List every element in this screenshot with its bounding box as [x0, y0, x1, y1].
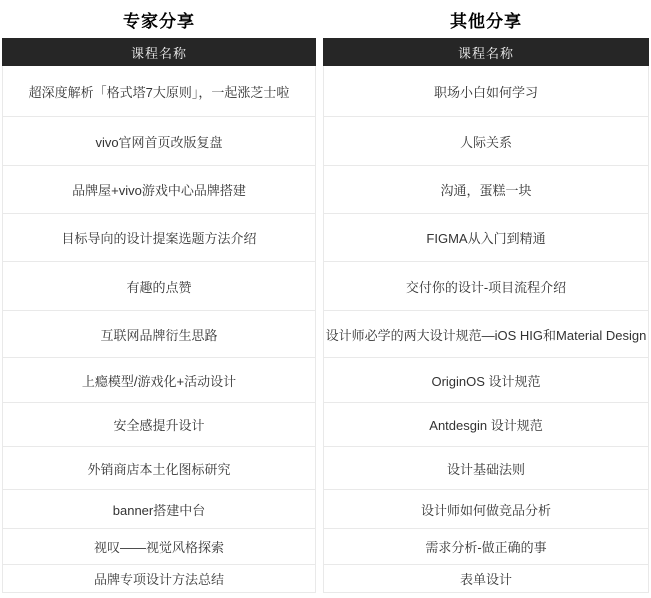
table-row: 需求分析-做正确的事: [324, 529, 648, 565]
table-row: 有趣的点赞: [3, 262, 315, 311]
table-row: 设计师如何做竞品分析: [324, 490, 648, 529]
table-row: 人际关系: [324, 117, 648, 166]
other-share-title: 其他分享: [323, 0, 649, 38]
table-row: 上瘾模型/游戏化+活动设计: [3, 358, 315, 403]
column-header-label: 课程名称: [458, 43, 514, 62]
other-share-table: 其他分享 课程名称 职场小白如何学习 人际关系 沟通，蛋糕一块 FIGMA从入门…: [323, 0, 649, 598]
table-row: Antdesgin 设计规范: [324, 403, 648, 447]
expert-share-column-header: 课程名称: [2, 38, 316, 66]
expert-share-table-body: 超深度解析「格式塔7大原则」，一起涨芝士啦 vivo官网首页改版复盘 品牌屋+v…: [2, 66, 316, 593]
table-row: FIGMA从入门到精通: [324, 214, 648, 262]
expert-share-title: 专家分享: [2, 0, 316, 38]
table-row: OriginOS 设计规范: [324, 358, 648, 403]
table-row: banner搭建中台: [3, 490, 315, 529]
table-row: vivo官网首页改版复盘: [3, 117, 315, 166]
expert-share-table: 专家分享 课程名称 超深度解析「格式塔7大原则」，一起涨芝士啦 vivo官网首页…: [2, 0, 316, 598]
table-row: 互联网品牌衍生思路: [3, 311, 315, 358]
table-row: 职场小白如何学习: [324, 66, 648, 117]
table-row: 安全感提升设计: [3, 403, 315, 447]
table-row: 设计基础法则: [324, 447, 648, 490]
table-row: 沟通，蛋糕一块: [324, 166, 648, 214]
table-row: 目标导向的设计提案选题方法介绍: [3, 214, 315, 262]
table-row: 交付你的设计-项目流程介绍: [324, 262, 648, 311]
table-row: 设计师必学的两大设计规范—iOS HIG和Material Design: [324, 311, 648, 358]
table-row: 品牌专项设计方法总结: [3, 565, 315, 593]
other-share-column-header: 课程名称: [323, 38, 649, 66]
table-row: 外销商店本土化图标研究: [3, 447, 315, 490]
table-row: 品牌屋+vivo游戏中心品牌搭建: [3, 166, 315, 214]
table-row: 表单设计: [324, 565, 648, 593]
column-header-label: 课程名称: [131, 43, 187, 62]
other-share-table-body: 职场小白如何学习 人际关系 沟通，蛋糕一块 FIGMA从入门到精通 交付你的设计…: [323, 66, 649, 593]
table-row: 视叹——视觉风格探索: [3, 529, 315, 565]
table-row: 超深度解析「格式塔7大原则」，一起涨芝士啦: [3, 66, 315, 117]
page: 专家分享 课程名称 超深度解析「格式塔7大原则」，一起涨芝士啦 vivo官网首页…: [0, 0, 651, 598]
